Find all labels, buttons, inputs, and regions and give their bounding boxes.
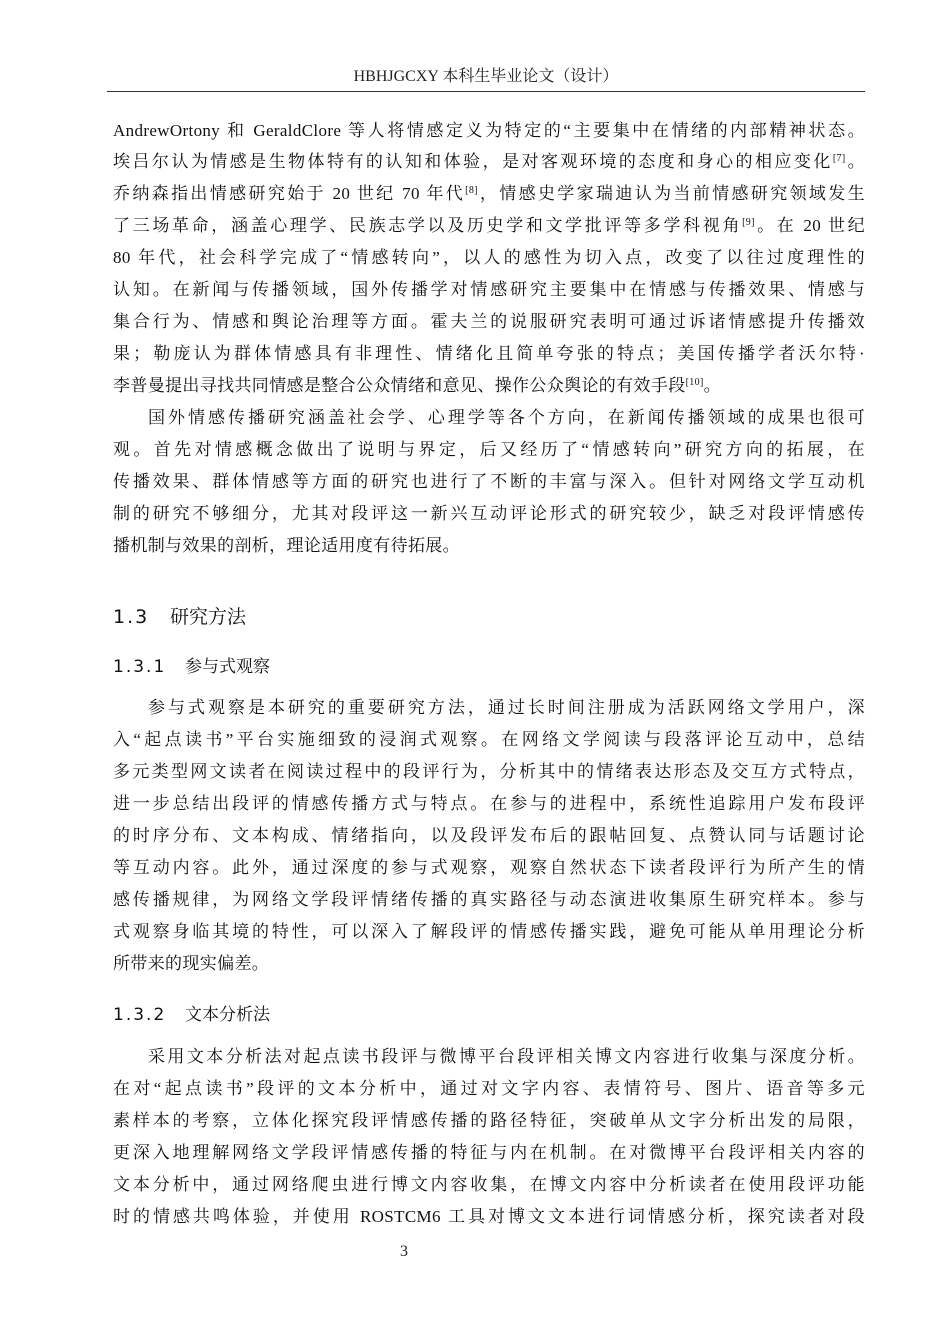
text-line: 更深入地理解网络文学段评情感传播的特征与内在机制。在对微博平台段评相关内容的 <box>113 1142 865 1164</box>
text-line: 80 年代，社会科学完成了“情感转向”，以人的感性为切入点，改变了以往过度理性的 <box>113 247 865 269</box>
text-line: 的时序分布、文本构成、情绪指向，以及段评发布后的跟帖回复、点赞认同与话题讨论 <box>113 825 865 847</box>
text-line: 播机制与效果的剖析，理论适用度有待拓展。 <box>113 535 865 557</box>
text-line: 李普曼提出寻找共同情感是整合公众情绪和意见、操作公众舆论的有效手段[10]。 <box>113 375 865 397</box>
section-title: 文本分析法 <box>185 1005 270 1025</box>
citation-ref: [7] <box>833 153 846 164</box>
text-line: 果；勒庞认为群体情感具有非理性、情绪化且简单夸张的特点；美国传播学者沃尔特· <box>113 343 865 365</box>
citation-ref: [9] <box>742 217 755 228</box>
section-number: 1.3.2 <box>113 1003 185 1027</box>
text-line: 式观察身临其境的特性，可以深入了解段评的情感传播实践，避免可能从单用理论分析 <box>113 921 865 943</box>
text-line: 制的研究不够细分，尤其对段评这一新兴互动评论形式的研究较少，缺乏对段评情感传 <box>113 503 865 525</box>
text-segment: 。在 20 世纪 <box>755 216 865 235</box>
header-divider <box>107 91 865 92</box>
text-line: 观。首先对情感概念做出了说明与界定，后又经历了“情感转向”研究方向的拓展，在 <box>113 439 865 461</box>
text-line: 时的情感共鸣体验，并使用 ROSTCM6 工具对博文文本进行词情感分析，探究读者… <box>113 1206 865 1228</box>
text-line: 入“起点读书”平台实施细致的浸润式观察。在网络文学阅读与段落评论互动中，总结 <box>113 729 865 751</box>
text-line: 国外情感传播研究涵盖社会学、心理学等各个方向，在新闻传播领域的成果也很可 <box>148 407 865 429</box>
section-title: 参与式观察 <box>185 657 270 677</box>
text-line: 素样本的考察，立体化探究段评情感传播的路径特征，突破单从文字分析出发的局限， <box>113 1110 865 1132</box>
text-line: 了三场革命，涵盖心理学、民族志学以及历史学和文学批评等多学科视角[9]。在 20… <box>113 215 865 237</box>
text-segment: ，情感史学家瑞迪认为当前情感研究领域发生 <box>478 184 865 203</box>
page-number: 3 <box>400 1241 408 1263</box>
text-line: 认知。在新闻与传播领域，国外传播学对情感研究主要集中在情感与传播效果、情感与 <box>113 279 865 301</box>
section-number: 1.3 <box>113 604 170 630</box>
citation-ref: [8] <box>465 185 478 196</box>
section-title: 研究方法 <box>170 606 246 628</box>
section-number: 1.3.1 <box>113 655 185 679</box>
text-segment: 乔纳森指出情感研究始于 20 世纪 70 年代 <box>113 184 465 203</box>
text-line: 埃吕尔认为情感是生物体特有的认知和体验，是对客观环境的态度和身心的相应变化[7]… <box>113 151 865 173</box>
section-heading-1-3-2: 1.3.2文本分析法 <box>113 1003 270 1027</box>
text-segment: 。 <box>846 152 865 171</box>
text-line: 感传播规律，为网络文学段评情绪传播的真实路径与动态演进收集原生研究样本。参与 <box>113 889 865 911</box>
text-line: AndrewOrtony 和 GeraldClore 等人将情感定义为特定的“主… <box>113 120 865 142</box>
text-line: 等互动内容。此外，通过深度的参与式观察，观察自然状态下读者段评行为所产生的情 <box>113 857 865 879</box>
text-line: 多元类型网文读者在阅读过程中的段评行为，分析其中的情绪表达形态及交互方式特点， <box>113 761 865 783</box>
text-segment: 李普曼提出寻找共同情感是整合公众情绪和意见、操作公众舆论的有效手段 <box>113 376 686 395</box>
text-line: 传播效果、群体情感等方面的研究也进行了不断的丰富与深入。但针对网络文学互动机 <box>113 471 865 493</box>
text-line: 在对“起点读书”段评的文本分析中，通过对文字内容、表情符号、图片、语音等多元 <box>113 1078 865 1100</box>
running-header: HBHJGCXY 本科生毕业论文（设计） <box>107 66 865 88</box>
section-heading-1-3-1: 1.3.1参与式观察 <box>113 655 270 679</box>
citation-ref: [10] <box>686 377 704 388</box>
text-segment: 埃吕尔认为情感是生物体特有的认知和体验，是对客观环境的态度和身心的相应变化 <box>113 152 833 171</box>
text-line: 乔纳森指出情感研究始于 20 世纪 70 年代[8]，情感史学家瑞迪认为当前情感… <box>113 183 865 205</box>
text-line: 集合行为、情感和舆论治理等方面。霍夫兰的说服研究表明可通过诉诸情感提升传播效 <box>113 311 865 333</box>
text-line: 进一步总结出段评的情感传播方式与特点。在参与的进程中，系统性追踪用户发布段评 <box>113 793 865 815</box>
text-line: 文本分析中，通过网络爬虫进行博文内容收集，在博文内容中分析读者在使用段评功能 <box>113 1174 865 1196</box>
section-heading-1-3: 1.3研究方法 <box>113 604 246 630</box>
text-line: 所带来的现实偏差。 <box>113 953 865 975</box>
text-line: 参与式观察是本研究的重要研究方法，通过长时间注册成为活跃网络文学用户，深 <box>148 697 865 719</box>
text-segment: 了三场革命，涵盖心理学、民族志学以及历史学和文学批评等多学科视角 <box>113 216 742 235</box>
text-segment: 。 <box>704 376 721 395</box>
text-line: 采用文本分析法对起点读书段评与微博平台段评相关博文内容进行收集与深度分析。 <box>148 1046 865 1068</box>
